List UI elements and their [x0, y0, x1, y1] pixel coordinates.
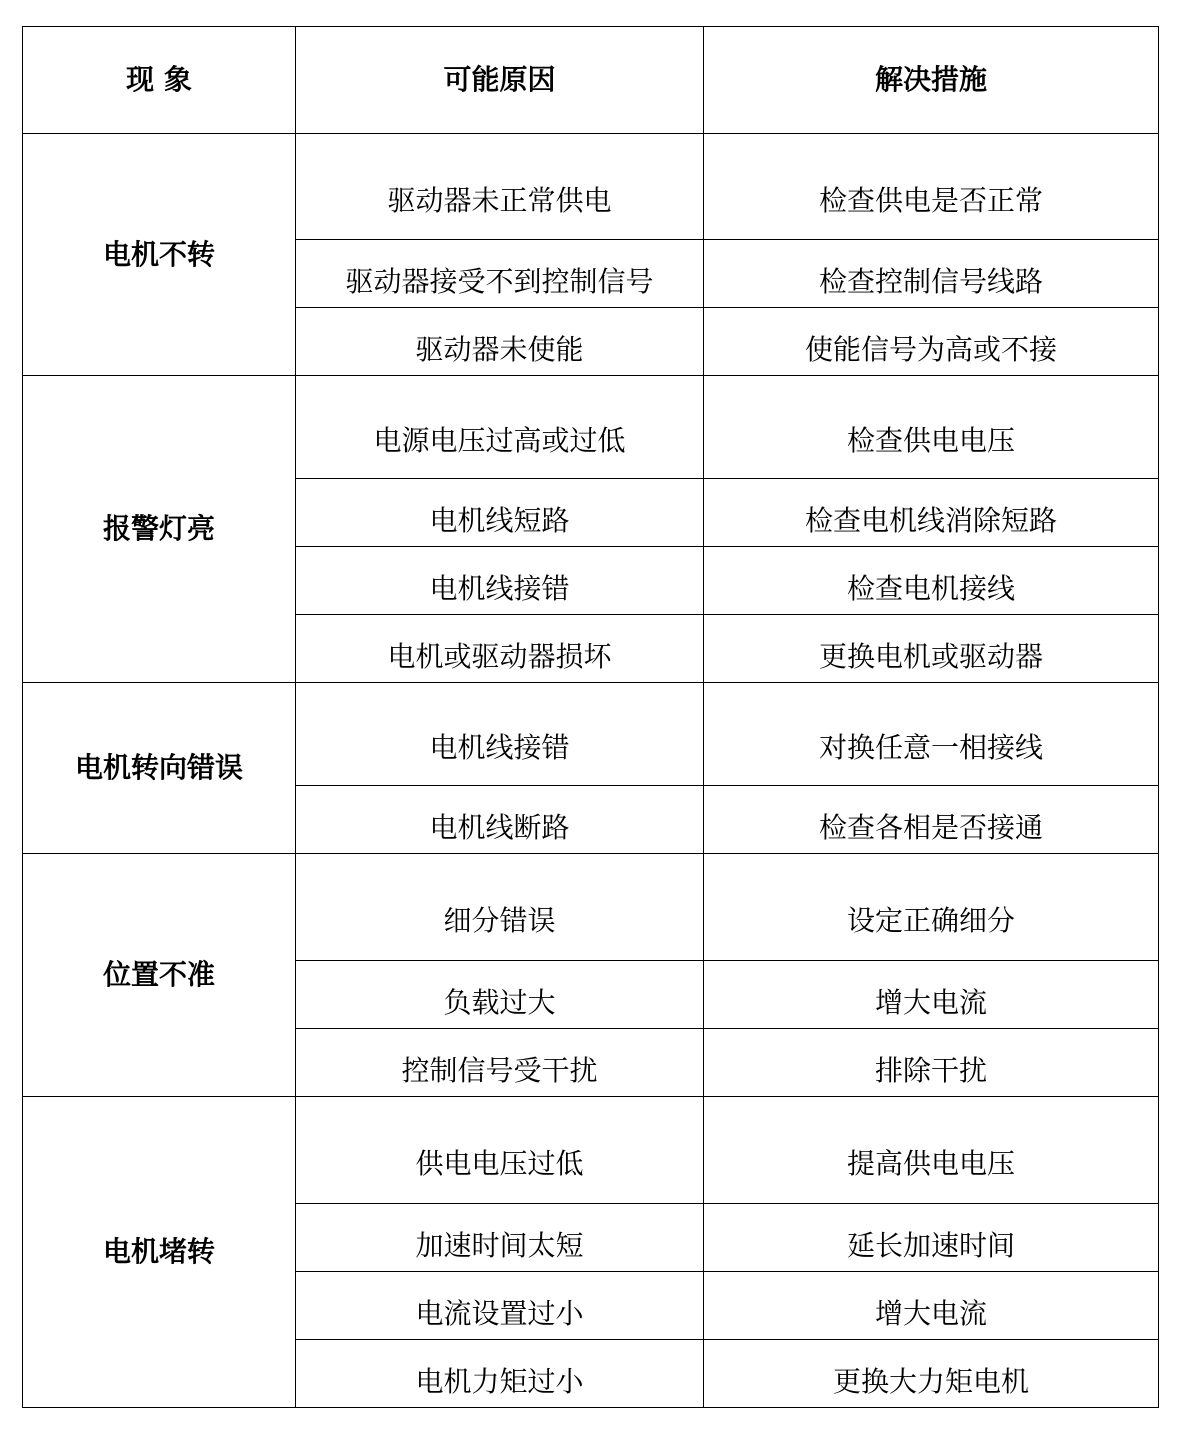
solution-cell: 检查各相是否接通 [704, 786, 1159, 854]
table-row: 报警灯亮 电源电压过高或过低 检查供电电压 [23, 376, 1159, 479]
cause-cell: 驱动器未使能 [296, 308, 704, 376]
symptom-cell: 电机堵转 [23, 1097, 296, 1408]
cause-cell: 电流设置过小 [296, 1272, 704, 1340]
solution-cell: 提高供电电压 [704, 1097, 1159, 1204]
table-row: 电机堵转 供电电压过低 提高供电电压 [23, 1097, 1159, 1204]
troubleshooting-table: 现 象 可能原因 解决措施 电机不转 驱动器未正常供电 检查供电是否正常 驱动器… [22, 26, 1159, 1408]
solution-cell: 更换大力矩电机 [704, 1340, 1159, 1408]
symptom-cell: 报警灯亮 [23, 376, 296, 683]
cause-cell: 电机线接错 [296, 683, 704, 786]
solution-cell: 设定正确细分 [704, 854, 1159, 961]
cause-cell: 电机线接错 [296, 547, 704, 615]
solution-cell: 更换电机或驱动器 [704, 615, 1159, 683]
header-solution: 解决措施 [704, 27, 1159, 134]
solution-cell: 增大电流 [704, 961, 1159, 1029]
symptom-cell: 电机转向错误 [23, 683, 296, 854]
solution-cell: 对换任意一相接线 [704, 683, 1159, 786]
cause-cell: 电机或驱动器损坏 [296, 615, 704, 683]
header-row: 现 象 可能原因 解决措施 [23, 27, 1159, 134]
table-row: 电机不转 驱动器未正常供电 检查供电是否正常 [23, 134, 1159, 240]
cause-cell: 控制信号受干扰 [296, 1029, 704, 1097]
solution-cell: 增大电流 [704, 1272, 1159, 1340]
table-row: 位置不准 细分错误 设定正确细分 [23, 854, 1159, 961]
cause-cell: 加速时间太短 [296, 1204, 704, 1272]
cause-cell: 电源电压过高或过低 [296, 376, 704, 479]
header-cause: 可能原因 [296, 27, 704, 134]
cause-cell: 细分错误 [296, 854, 704, 961]
solution-cell: 检查供电电压 [704, 376, 1159, 479]
solution-cell: 检查电机线消除短路 [704, 479, 1159, 547]
cause-cell: 电机力矩过小 [296, 1340, 704, 1408]
solution-cell: 检查供电是否正常 [704, 134, 1159, 240]
solution-cell: 排除干扰 [704, 1029, 1159, 1097]
solution-cell: 使能信号为高或不接 [704, 308, 1159, 376]
table-row: 电机转向错误 电机线接错 对换任意一相接线 [23, 683, 1159, 786]
cause-cell: 驱动器接受不到控制信号 [296, 240, 704, 308]
cause-cell: 负载过大 [296, 961, 704, 1029]
cause-cell: 供电电压过低 [296, 1097, 704, 1204]
symptom-cell: 位置不准 [23, 854, 296, 1097]
symptom-cell: 电机不转 [23, 134, 296, 376]
cause-cell: 驱动器未正常供电 [296, 134, 704, 240]
solution-cell: 延长加速时间 [704, 1204, 1159, 1272]
solution-cell: 检查电机接线 [704, 547, 1159, 615]
cause-cell: 电机线短路 [296, 479, 704, 547]
header-symptom: 现 象 [23, 27, 296, 134]
solution-cell: 检查控制信号线路 [704, 240, 1159, 308]
cause-cell: 电机线断路 [296, 786, 704, 854]
